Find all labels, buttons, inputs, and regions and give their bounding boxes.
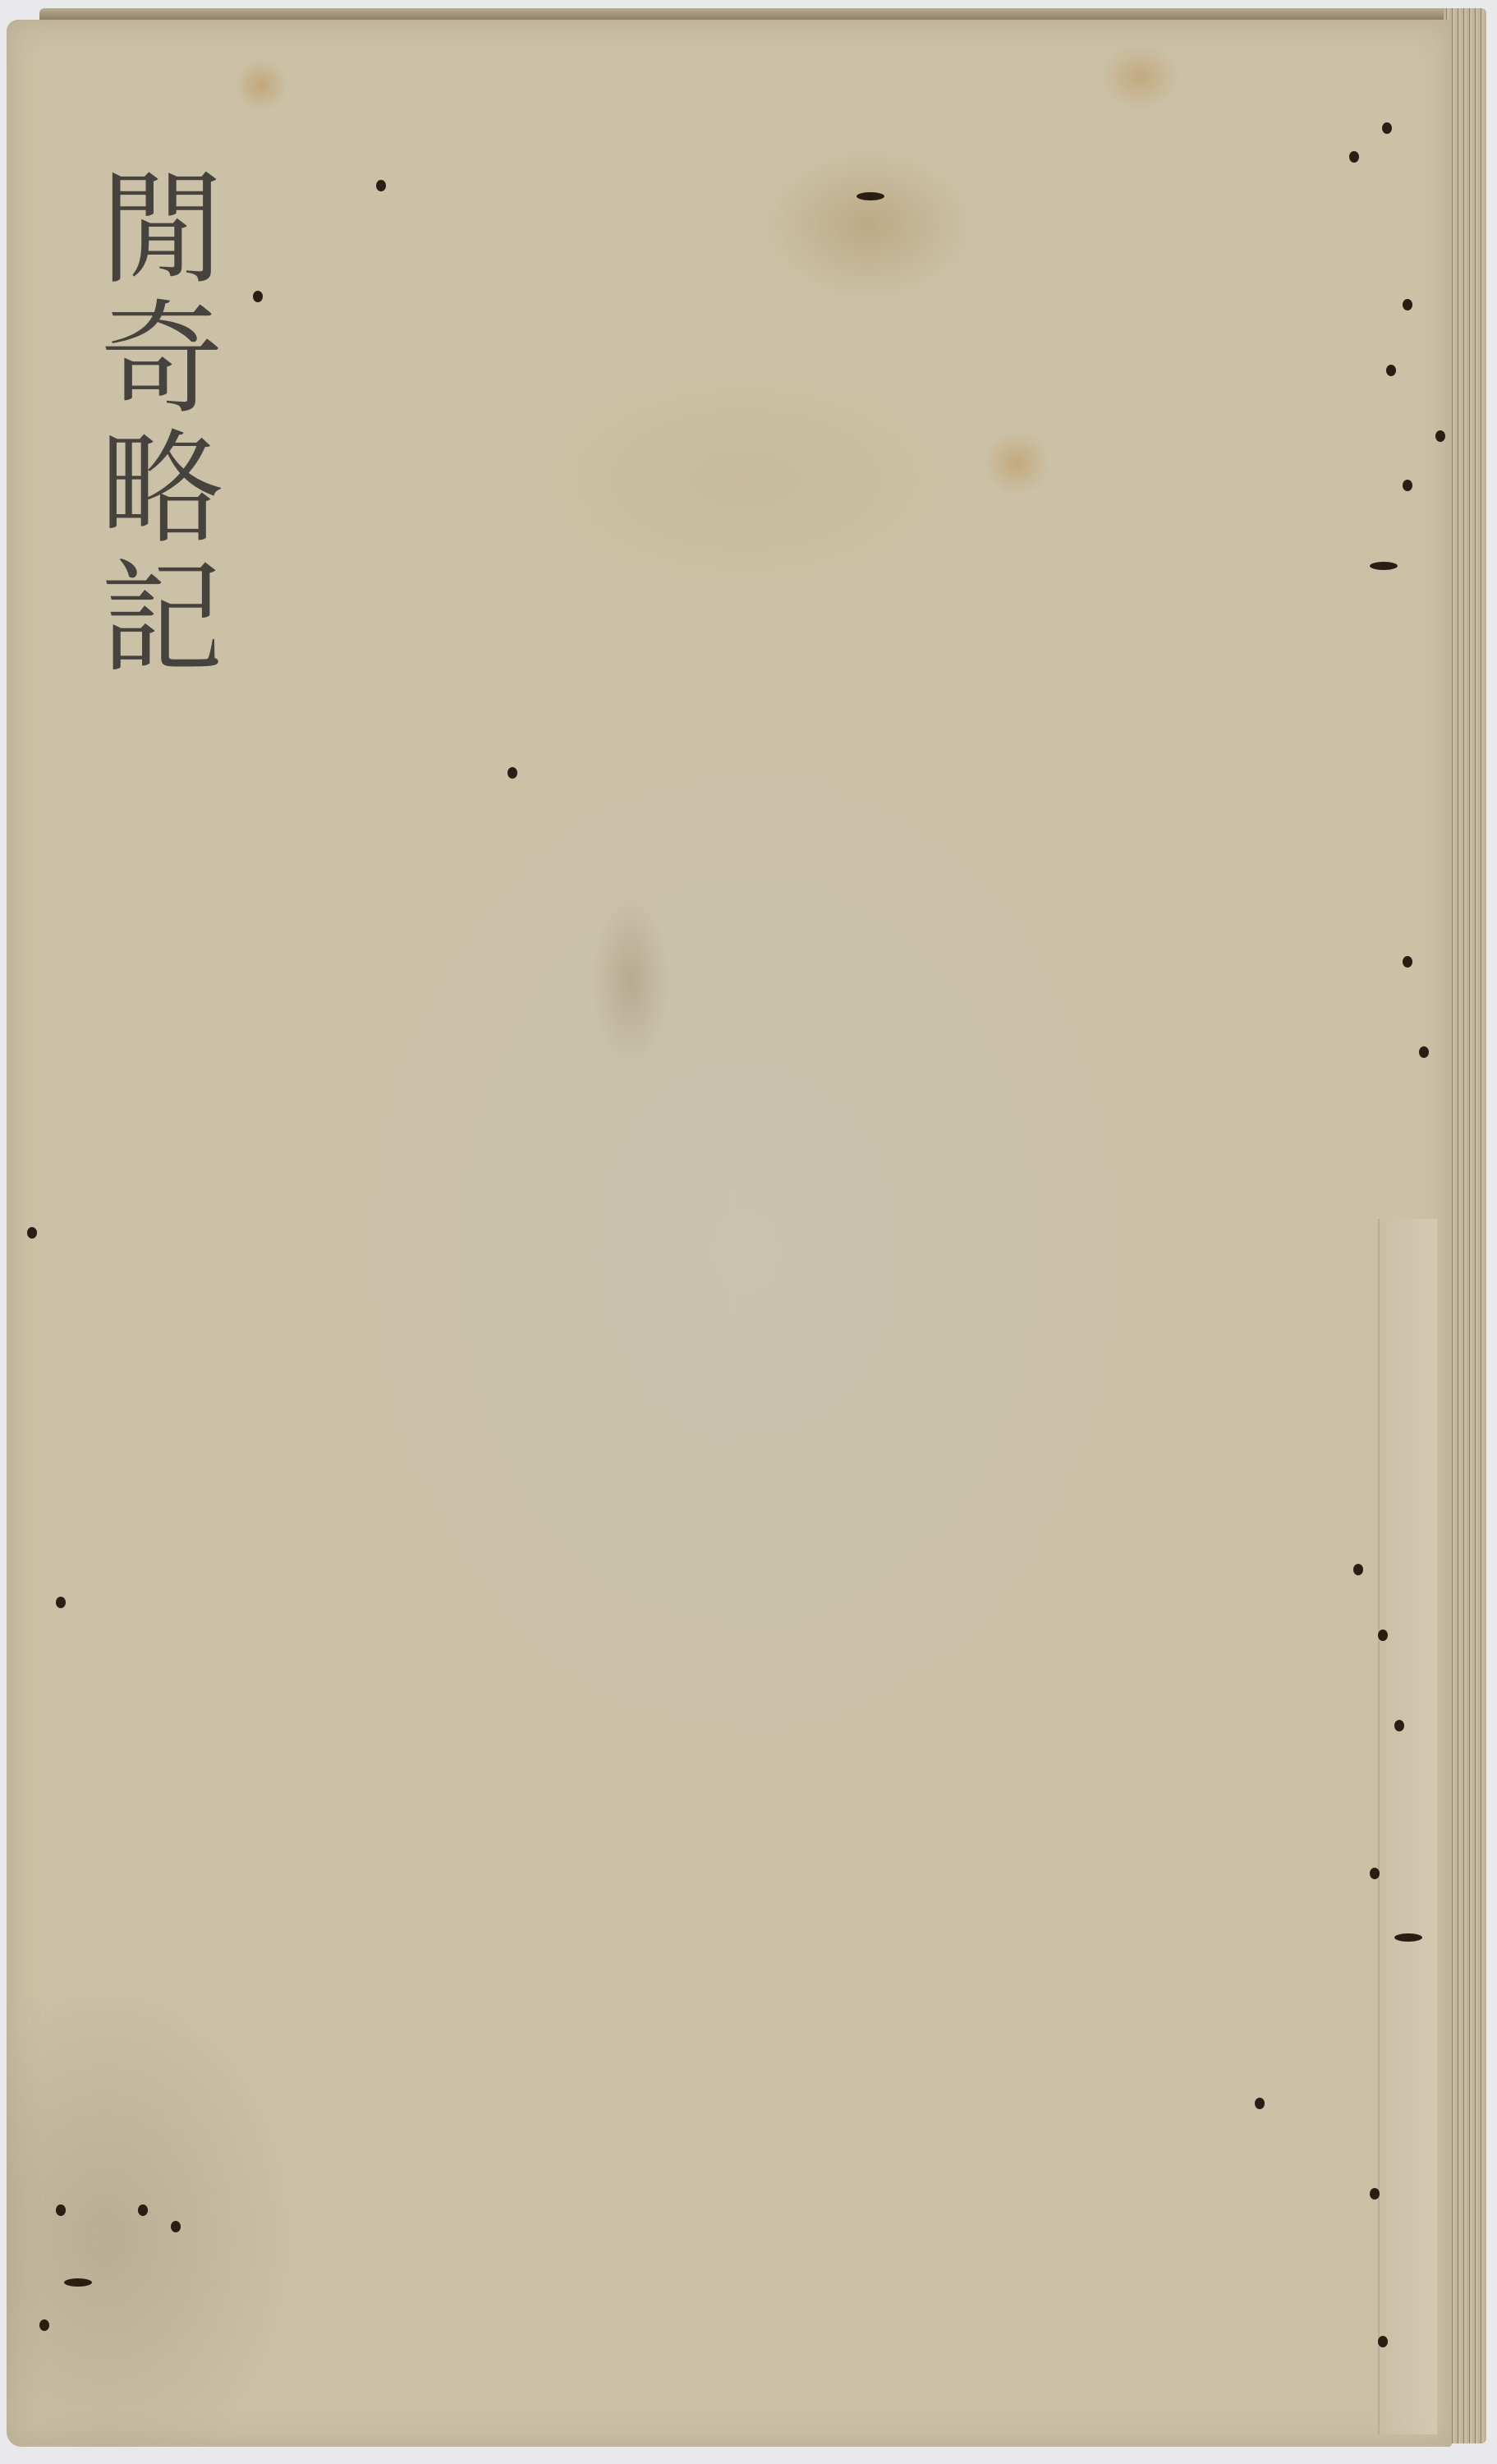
wormhole	[1403, 299, 1412, 310]
wormhole	[171, 2221, 181, 2232]
wormhole	[1370, 1868, 1380, 1879]
wormhole	[1370, 562, 1398, 570]
wormhole	[253, 291, 263, 302]
wormhole	[1349, 151, 1359, 163]
wormhole	[1394, 1933, 1422, 1942]
wormhole	[856, 192, 884, 200]
wormhole	[1382, 122, 1392, 134]
wormhole	[1370, 2188, 1380, 2200]
wormhole	[1255, 2098, 1265, 2109]
book: 閒奇略記	[7, 8, 1485, 2452]
wormhole	[1353, 1564, 1363, 1575]
wormhole	[1419, 1046, 1429, 1058]
wormhole	[1403, 480, 1412, 491]
wormhole	[1378, 2336, 1388, 2347]
wormhole	[507, 767, 517, 779]
wormhole	[376, 180, 386, 191]
wormhole	[1394, 1720, 1404, 1731]
wormhole	[138, 2204, 148, 2216]
wormhole	[1435, 430, 1445, 442]
cover-title: 閒奇略記	[56, 163, 245, 683]
wormhole	[1403, 956, 1412, 968]
wormhole	[56, 2204, 66, 2216]
wormhole	[1378, 1630, 1388, 1641]
wormhole	[64, 2278, 92, 2287]
wormhole	[1386, 365, 1396, 376]
book-cover: 閒奇略記	[7, 20, 1452, 2447]
wormhole	[27, 1227, 37, 1239]
wormhole	[39, 2319, 49, 2331]
binding-repair-strip	[1378, 1219, 1437, 2434]
wormhole	[56, 1597, 66, 1608]
